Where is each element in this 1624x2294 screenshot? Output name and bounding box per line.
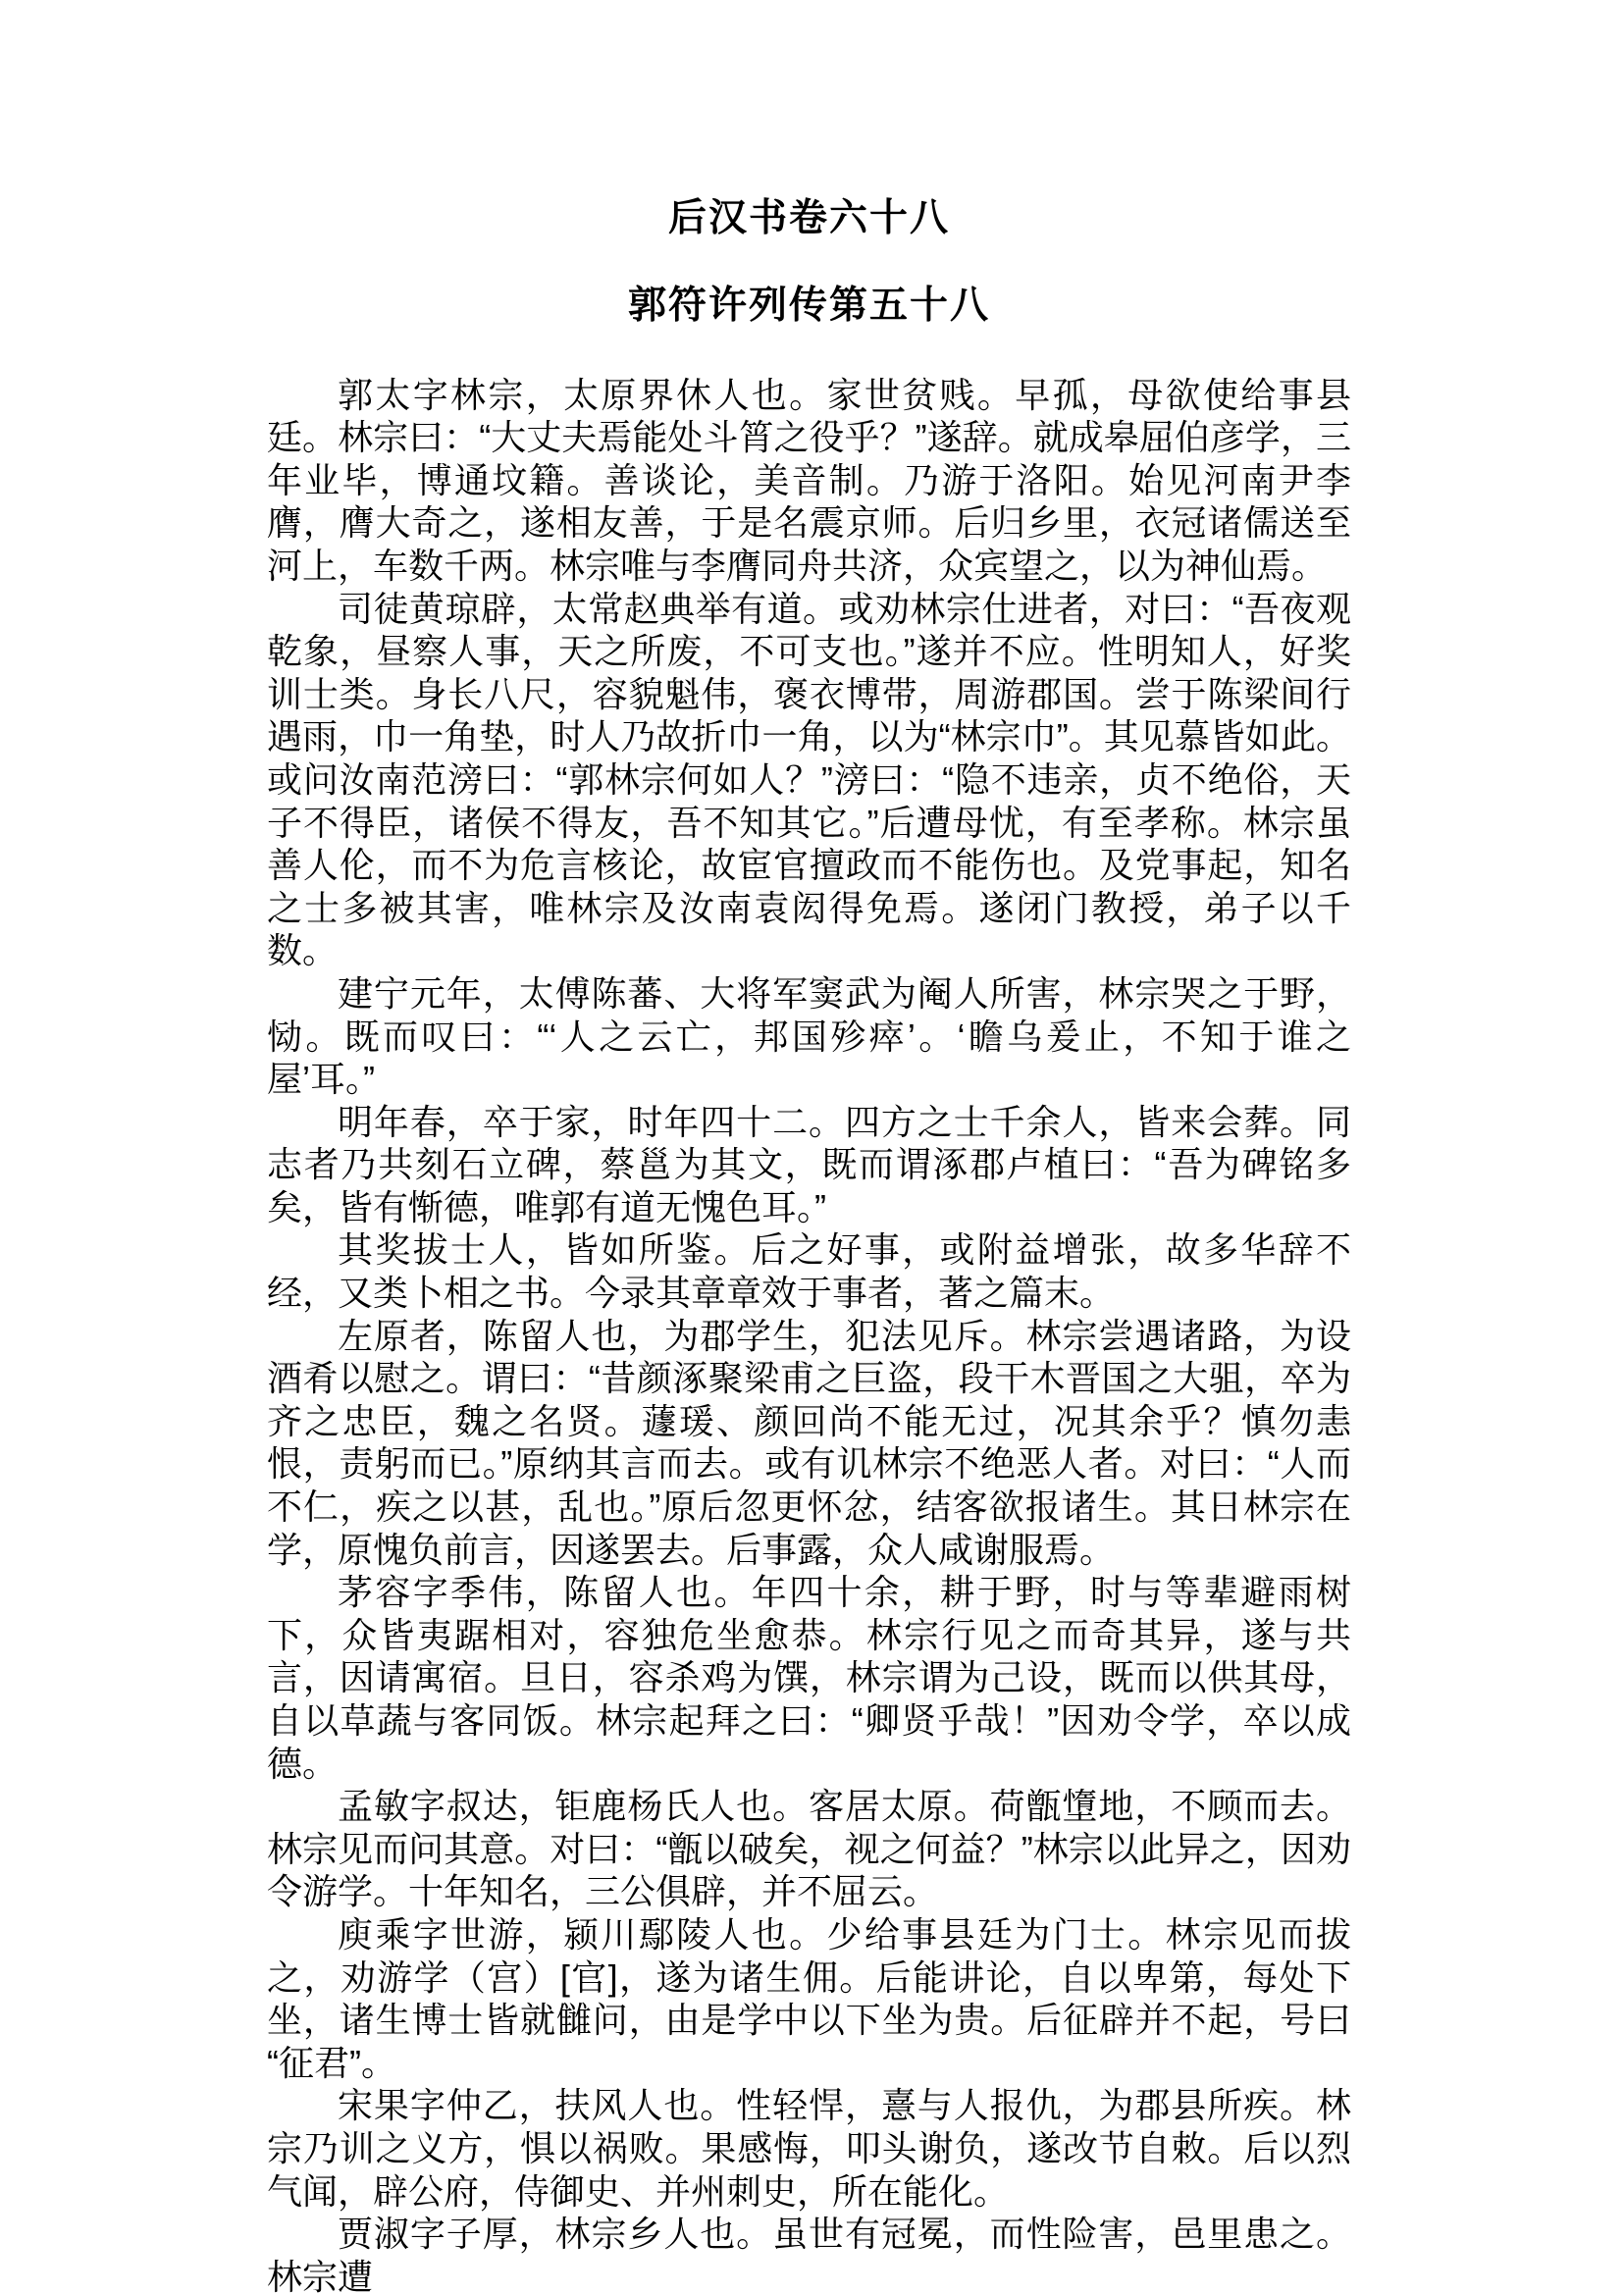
paragraph: 宋果字仲乙，扶风人也。性轻悍，憙与人报仇，为郡县所疾。林宗乃训之义方，惧以祸败。…	[267, 2084, 1351, 2213]
paragraph: 郭太字林宗，太原界休人也。家世贫贱。早孤，母欲使给事县廷。林宗曰：“大丈夫焉能处…	[267, 374, 1351, 588]
text-block: 后汉书卷六十八 郭符许列传第五十八 郭太字林宗，太原界休人也。家世贫贱。早孤，母…	[267, 196, 1351, 2294]
paragraph: 建宁元年，太傅陈蕃、大将军窦武为阉人所害，林宗哭之于野，恸。既而叹曰：“‘人之云…	[267, 972, 1351, 1101]
section-title: 郭符许列传第五十八	[267, 284, 1351, 330]
page-title: 后汉书卷六十八	[267, 196, 1351, 242]
paragraph: 司徒黄琼辟，太常赵典举有道。或劝林宗仕进者，对曰：“吾夜观乾象，昼察人事，天之所…	[267, 588, 1351, 972]
paragraph: 贾淑字子厚，林宗乡人也。虽世有冠冕，而性险害，邑里患之。林宗遭	[267, 2213, 1351, 2294]
paragraph: 庾乘字世游，颍川鄢陵人也。少给事县廷为门士。林宗见而拔之，劝游学（宫）[官]，遂…	[267, 1913, 1351, 2084]
paragraph: 明年春，卒于家，时年四十二。四方之士千余人，皆来会葬。同志者乃共刻石立碑，蔡邕为…	[267, 1101, 1351, 1229]
body-paragraphs: 郭太字林宗，太原界休人也。家世贫贱。早孤，母欲使给事县廷。林宗曰：“大丈夫焉能处…	[267, 374, 1351, 2294]
paragraph: 孟敏字叔达，钜鹿杨氏人也。客居太原。荷甑墯地，不顾而去。林宗见而问其意。对曰：“…	[267, 1785, 1351, 1913]
paragraph: 茅容字季伟，陈留人也。年四十余，耕于野，时与等辈避雨树下，众皆夷踞相对，容独危坐…	[267, 1571, 1351, 1785]
paragraph: 其奖拔士人，皆如所鉴。后之好事，或附益增张，故多华辞不经，又类卜相之书。今录其章…	[267, 1228, 1351, 1314]
paragraph: 左原者，陈留人也，为郡学生，犯法见斥。林宗尝遇诸路，为设酒肴以慰之。谓曰：“昔颜…	[267, 1315, 1351, 1572]
document-page: 后汉书卷六十八 郭符许列传第五十八 郭太字林宗，太原界休人也。家世贫贱。早孤，母…	[0, 0, 1624, 2294]
